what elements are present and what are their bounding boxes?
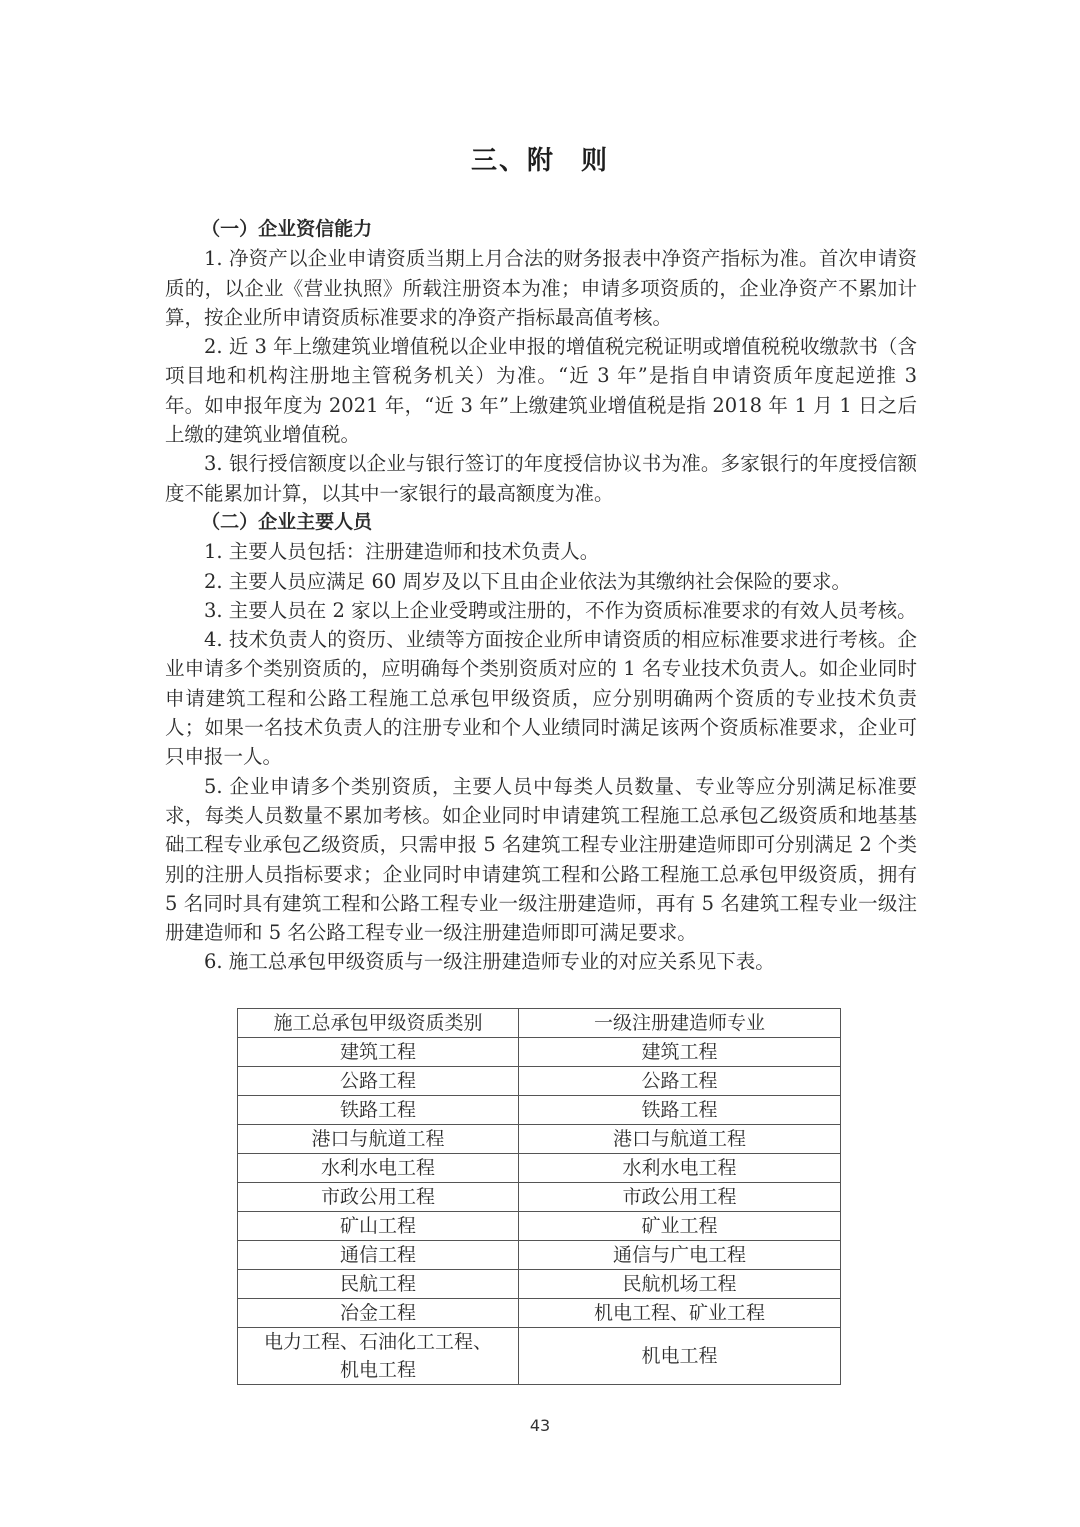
- paragraph: 5. 企业申请多个类别资质，主要人员中每类人员数量、专业等应分别满足标准要求，每…: [165, 772, 917, 948]
- table-cell: 民航机场工程: [519, 1270, 841, 1299]
- table-cell: 水利水电工程: [519, 1154, 841, 1183]
- table-header-cell: 施工总承包甲级资质类别: [238, 1009, 519, 1038]
- paragraph: 3. 主要人员在 2 家以上企业受聘或注册的，不作为资质标准要求的有效人员考核。: [165, 596, 917, 625]
- table-cell: 港口与航道工程: [238, 1125, 519, 1154]
- document-body: （一）企业资信能力 1. 净资产以企业申请资质当期上月合法的财务报表中净资产指标…: [165, 215, 917, 977]
- paragraph: 3. 银行授信额度以企业与银行签订的年度授信协议书为准。多家银行的年度授信额度不…: [165, 449, 917, 508]
- paragraph: 2. 主要人员应满足 60 周岁及以下且由企业依法为其缴纳社会保险的要求。: [165, 567, 917, 596]
- paragraph: 2. 近 3 年上缴建筑业增值税以企业申报的增值税完税证明或增值税税收缴款书（含…: [165, 332, 917, 449]
- table-cell: 市政公用工程: [519, 1183, 841, 1212]
- table-row: 港口与航道工程港口与航道工程: [238, 1125, 841, 1154]
- table-cell: 水利水电工程: [238, 1154, 519, 1183]
- page-title: 三、附则: [0, 140, 1080, 177]
- table-row: 市政公用工程市政公用工程: [238, 1183, 841, 1212]
- page-number: 43: [0, 1416, 1080, 1435]
- table-header-row: 施工总承包甲级资质类别 一级注册建造师专业: [238, 1009, 841, 1038]
- table-row: 电力工程、石油化工工程、 机电工程 机电工程: [238, 1328, 841, 1385]
- qualification-mapping-table: 施工总承包甲级资质类别 一级注册建造师专业 建筑工程建筑工程 公路工程公路工程 …: [237, 1008, 841, 1385]
- table-cell: 港口与航道工程: [519, 1125, 841, 1154]
- table-cell: 机电工程、矿业工程: [519, 1299, 841, 1328]
- table-row: 铁路工程铁路工程: [238, 1096, 841, 1125]
- table-cell: 建筑工程: [238, 1038, 519, 1067]
- table-row: 通信工程通信与广电工程: [238, 1241, 841, 1270]
- table-cell: 通信工程: [238, 1241, 519, 1270]
- table-cell: 公路工程: [238, 1067, 519, 1096]
- table-row: 建筑工程建筑工程: [238, 1038, 841, 1067]
- table-row: 民航工程民航机场工程: [238, 1270, 841, 1299]
- table-header-cell: 一级注册建造师专业: [519, 1009, 841, 1038]
- table-cell: 铁路工程: [238, 1096, 519, 1125]
- table-cell: 民航工程: [238, 1270, 519, 1299]
- table-row: 公路工程公路工程: [238, 1067, 841, 1096]
- table-cell: 铁路工程: [519, 1096, 841, 1125]
- paragraph: 6. 施工总承包甲级资质与一级注册建造师专业的对应关系见下表。: [165, 947, 917, 976]
- paragraph: 4. 技术负责人的资历、业绩等方面按企业所申请资质的相应标准要求进行考核。企业申…: [165, 625, 917, 771]
- table-cell: 通信与广电工程: [519, 1241, 841, 1270]
- paragraph: 1. 净资产以企业申请资质当期上月合法的财务报表中净资产指标为准。首次申请资质的…: [165, 244, 917, 332]
- section-heading: （一）企业资信能力: [165, 215, 917, 244]
- table-cell: 公路工程: [519, 1067, 841, 1096]
- table-cell: 矿山工程: [238, 1212, 519, 1241]
- section-heading: （二）企业主要人员: [165, 508, 917, 537]
- table-cell: 市政公用工程: [238, 1183, 519, 1212]
- table-cell: 机电工程: [519, 1328, 841, 1385]
- table-cell: 矿业工程: [519, 1212, 841, 1241]
- table-row: 矿山工程矿业工程: [238, 1212, 841, 1241]
- table-row: 水利水电工程水利水电工程: [238, 1154, 841, 1183]
- table-cell: 电力工程、石油化工工程、 机电工程: [238, 1328, 519, 1385]
- table-cell: 建筑工程: [519, 1038, 841, 1067]
- table-cell: 冶金工程: [238, 1299, 519, 1328]
- table-row: 冶金工程机电工程、矿业工程: [238, 1299, 841, 1328]
- paragraph: 1. 主要人员包括：注册建造师和技术负责人。: [165, 537, 917, 566]
